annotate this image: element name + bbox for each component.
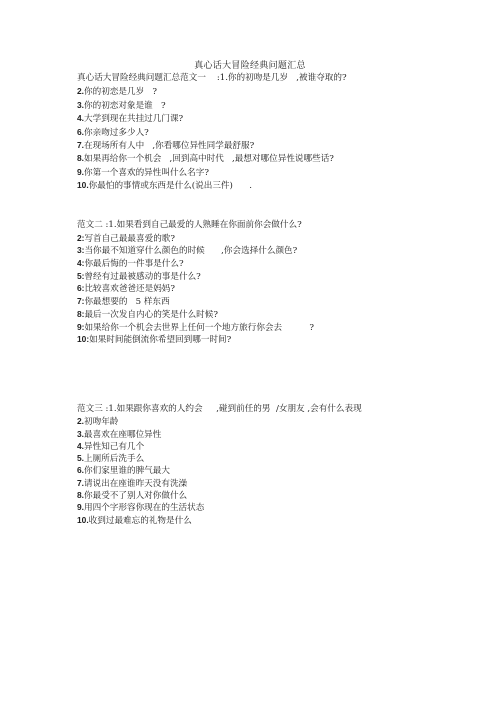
question-line: 范文三 :1.如果跟你喜欢的人约会 ,碰到前任的男 /女朋友 ,会有什么表现 bbox=[77, 403, 437, 415]
question-text: 请说出在座谁昨天没有洗澡 bbox=[84, 479, 187, 489]
question-text: 你最受不了别人对你做什么 bbox=[84, 491, 187, 501]
section-1: 真心话大冒险经典问题汇总范文一 :1.你的初吻是几岁 ,被谁夺取的? 2.你的初… bbox=[77, 72, 437, 193]
question-text: 比较喜欢爸爸还是妈妈? bbox=[84, 284, 175, 294]
question-number: 7. bbox=[77, 478, 84, 488]
question-line: 5:曾经有过最被感动的事是什么? bbox=[77, 270, 437, 283]
question-text: 范文三 :1.如果跟你喜欢的人约会 ,碰到前任的男 /女朋友 ,会有什么表现 bbox=[77, 404, 362, 414]
question-line: 6.你们家里谁的脾气最大 bbox=[77, 464, 437, 476]
question-line: 8.如果再给你一个机会 ,回到高中时代 ,最想对哪位异性说哪些话? bbox=[77, 152, 437, 165]
question-number: 6. bbox=[77, 127, 84, 137]
question-line: 真心话大冒险经典问题汇总范文一 :1.你的初吻是几岁 ,被谁夺取的? bbox=[77, 72, 437, 85]
question-number: 10. bbox=[77, 180, 89, 190]
question-number: 8. bbox=[77, 490, 84, 500]
question-line: 3.你的初恋对象是谁 ? bbox=[77, 99, 437, 112]
question-line: 3.最喜欢在座哪位异性 bbox=[77, 428, 437, 440]
question-line: 7.在现场所有人中 ,你看哪位异性同学最舒服? bbox=[77, 139, 437, 152]
question-text: 上厕所后洗手么 bbox=[84, 454, 144, 464]
section-2: 范文二 :1.如果看到自己最爱的人熟睡在你面前你会做什么? 2:写首自己最最喜爱… bbox=[77, 219, 437, 346]
question-number: 5. bbox=[77, 453, 84, 463]
question-text: 曾经有过最被感动的事是什么? bbox=[84, 272, 200, 282]
question-line: 7.请说出在座谁昨天没有洗澡 bbox=[77, 477, 437, 489]
question-line: 10:如果时间能倒流你希望回到哪一时间? bbox=[77, 333, 437, 346]
question-text: 如果时间能倒流你希望回到哪一时间? bbox=[89, 335, 231, 345]
question-line: 4:你最后悔的一件事是什么? bbox=[77, 257, 437, 270]
question-text: 你亲吻过多少人? bbox=[84, 128, 149, 138]
question-text: 你最怕的事情或东西是什么(说出三件) . bbox=[89, 181, 252, 191]
question-number: 4. bbox=[77, 441, 84, 451]
question-text: 最后一次发自内心的笑是什么时候? bbox=[84, 310, 218, 320]
question-text: 大学到现在共挂过几门课? bbox=[84, 114, 183, 124]
question-text: 你最后悔的一件事是什么? bbox=[84, 259, 183, 269]
question-text: 最喜欢在座哪位异性 bbox=[84, 430, 161, 440]
question-line: 10.收到过最难忘的礼物是什么 bbox=[77, 514, 437, 526]
question-number: 2. bbox=[77, 86, 84, 96]
question-line: 8:最后一次发自内心的笑是什么时候? bbox=[77, 308, 437, 321]
question-line: 9:如果给你一个机会去世界上任何一个地方旅行你会去 ? bbox=[77, 321, 437, 334]
question-line: 7:你最想要的 5 样东西 bbox=[77, 295, 437, 308]
question-line: 5.上厕所后洗手么 bbox=[77, 452, 437, 464]
question-text: 初吻年龄 bbox=[84, 417, 118, 427]
question-text: 范文二 :1.如果看到自己最爱的人熟睡在你面前你会做什么? bbox=[77, 220, 302, 230]
question-text: 真心话大冒险经典问题汇总范文一 :1.你的初吻是几岁 ,被谁夺取的? bbox=[77, 73, 347, 83]
question-line: 6:比较喜欢爸爸还是妈妈? bbox=[77, 282, 437, 295]
question-line: 9.你第一个喜欢的异性叫什么名字? bbox=[77, 166, 437, 179]
question-number: 8. bbox=[77, 153, 84, 163]
question-line: 4.异性知己有几个 bbox=[77, 440, 437, 452]
question-text: 你们家里谁的脾气最大 bbox=[84, 466, 170, 476]
question-text: 异性知己有几个 bbox=[84, 442, 144, 452]
question-line: 6.你亲吻过多少人? bbox=[77, 126, 437, 139]
question-line: 范文二 :1.如果看到自己最爱的人熟睡在你面前你会做什么? bbox=[77, 219, 437, 232]
question-text: 用四个字形容你现在的生活状态 bbox=[84, 503, 204, 513]
question-text: 如果再给你一个机会 ,回到高中时代 ,最想对哪位异性说哪些话? bbox=[84, 154, 334, 164]
section-3: 范文三 :1.如果跟你喜欢的人约会 ,碰到前任的男 /女朋友 ,会有什么表现 2… bbox=[77, 403, 437, 526]
question-text: 你第一个喜欢的异性叫什么名字? bbox=[84, 168, 209, 178]
question-number: 9. bbox=[77, 502, 84, 512]
question-number: 9. bbox=[77, 167, 84, 177]
question-text: 你的初恋对象是谁 ? bbox=[84, 101, 166, 111]
question-line: 9.用四个字形容你现在的生活状态 bbox=[77, 501, 437, 513]
question-number: 4. bbox=[77, 113, 84, 123]
question-number: 3. bbox=[77, 100, 84, 110]
question-text: 收到过最难忘的礼物是什么 bbox=[89, 516, 192, 526]
question-number: 6. bbox=[77, 465, 84, 475]
document-title: 真心话大冒险经典问题汇总 bbox=[0, 58, 500, 71]
document-page: 真心话大冒险经典问题汇总 真心话大冒险经典问题汇总范文一 :1.你的初吻是几岁 … bbox=[0, 0, 500, 708]
question-line: 8.你最受不了别人对你做什么 bbox=[77, 489, 437, 501]
question-line: 10.你最怕的事情或东西是什么(说出三件) . bbox=[77, 179, 437, 192]
question-text: 当你最不知道穿什么颜色的时候 ,你会选择什么颜色? bbox=[84, 246, 297, 256]
question-text: 你的初恋是几岁 ? bbox=[84, 87, 157, 97]
question-text: 如果给你一个机会去世界上任何一个地方旅行你会去 ? bbox=[84, 323, 314, 333]
question-line: 2:写首自己最最喜爱的歌? bbox=[77, 232, 437, 245]
question-text: 在现场所有人中 ,你看哪位异性同学最舒服? bbox=[84, 141, 254, 151]
question-number: 7. bbox=[77, 140, 84, 150]
question-number: 10: bbox=[77, 334, 89, 344]
question-line: 2.你的初恋是几岁 ? bbox=[77, 85, 437, 98]
question-number: 3. bbox=[77, 429, 84, 439]
question-line: 3:当你最不知道穿什么颜色的时候 ,你会选择什么颜色? bbox=[77, 244, 437, 257]
question-line: 4.大学到现在共挂过几门课? bbox=[77, 112, 437, 125]
question-number: 2. bbox=[77, 416, 84, 426]
question-text: 你最想要的 5 样东西 bbox=[84, 297, 169, 307]
question-number: 10. bbox=[77, 515, 89, 525]
question-text: 写首自己最最喜爱的歌? bbox=[84, 234, 175, 244]
question-line: 2.初吻年龄 bbox=[77, 415, 437, 427]
